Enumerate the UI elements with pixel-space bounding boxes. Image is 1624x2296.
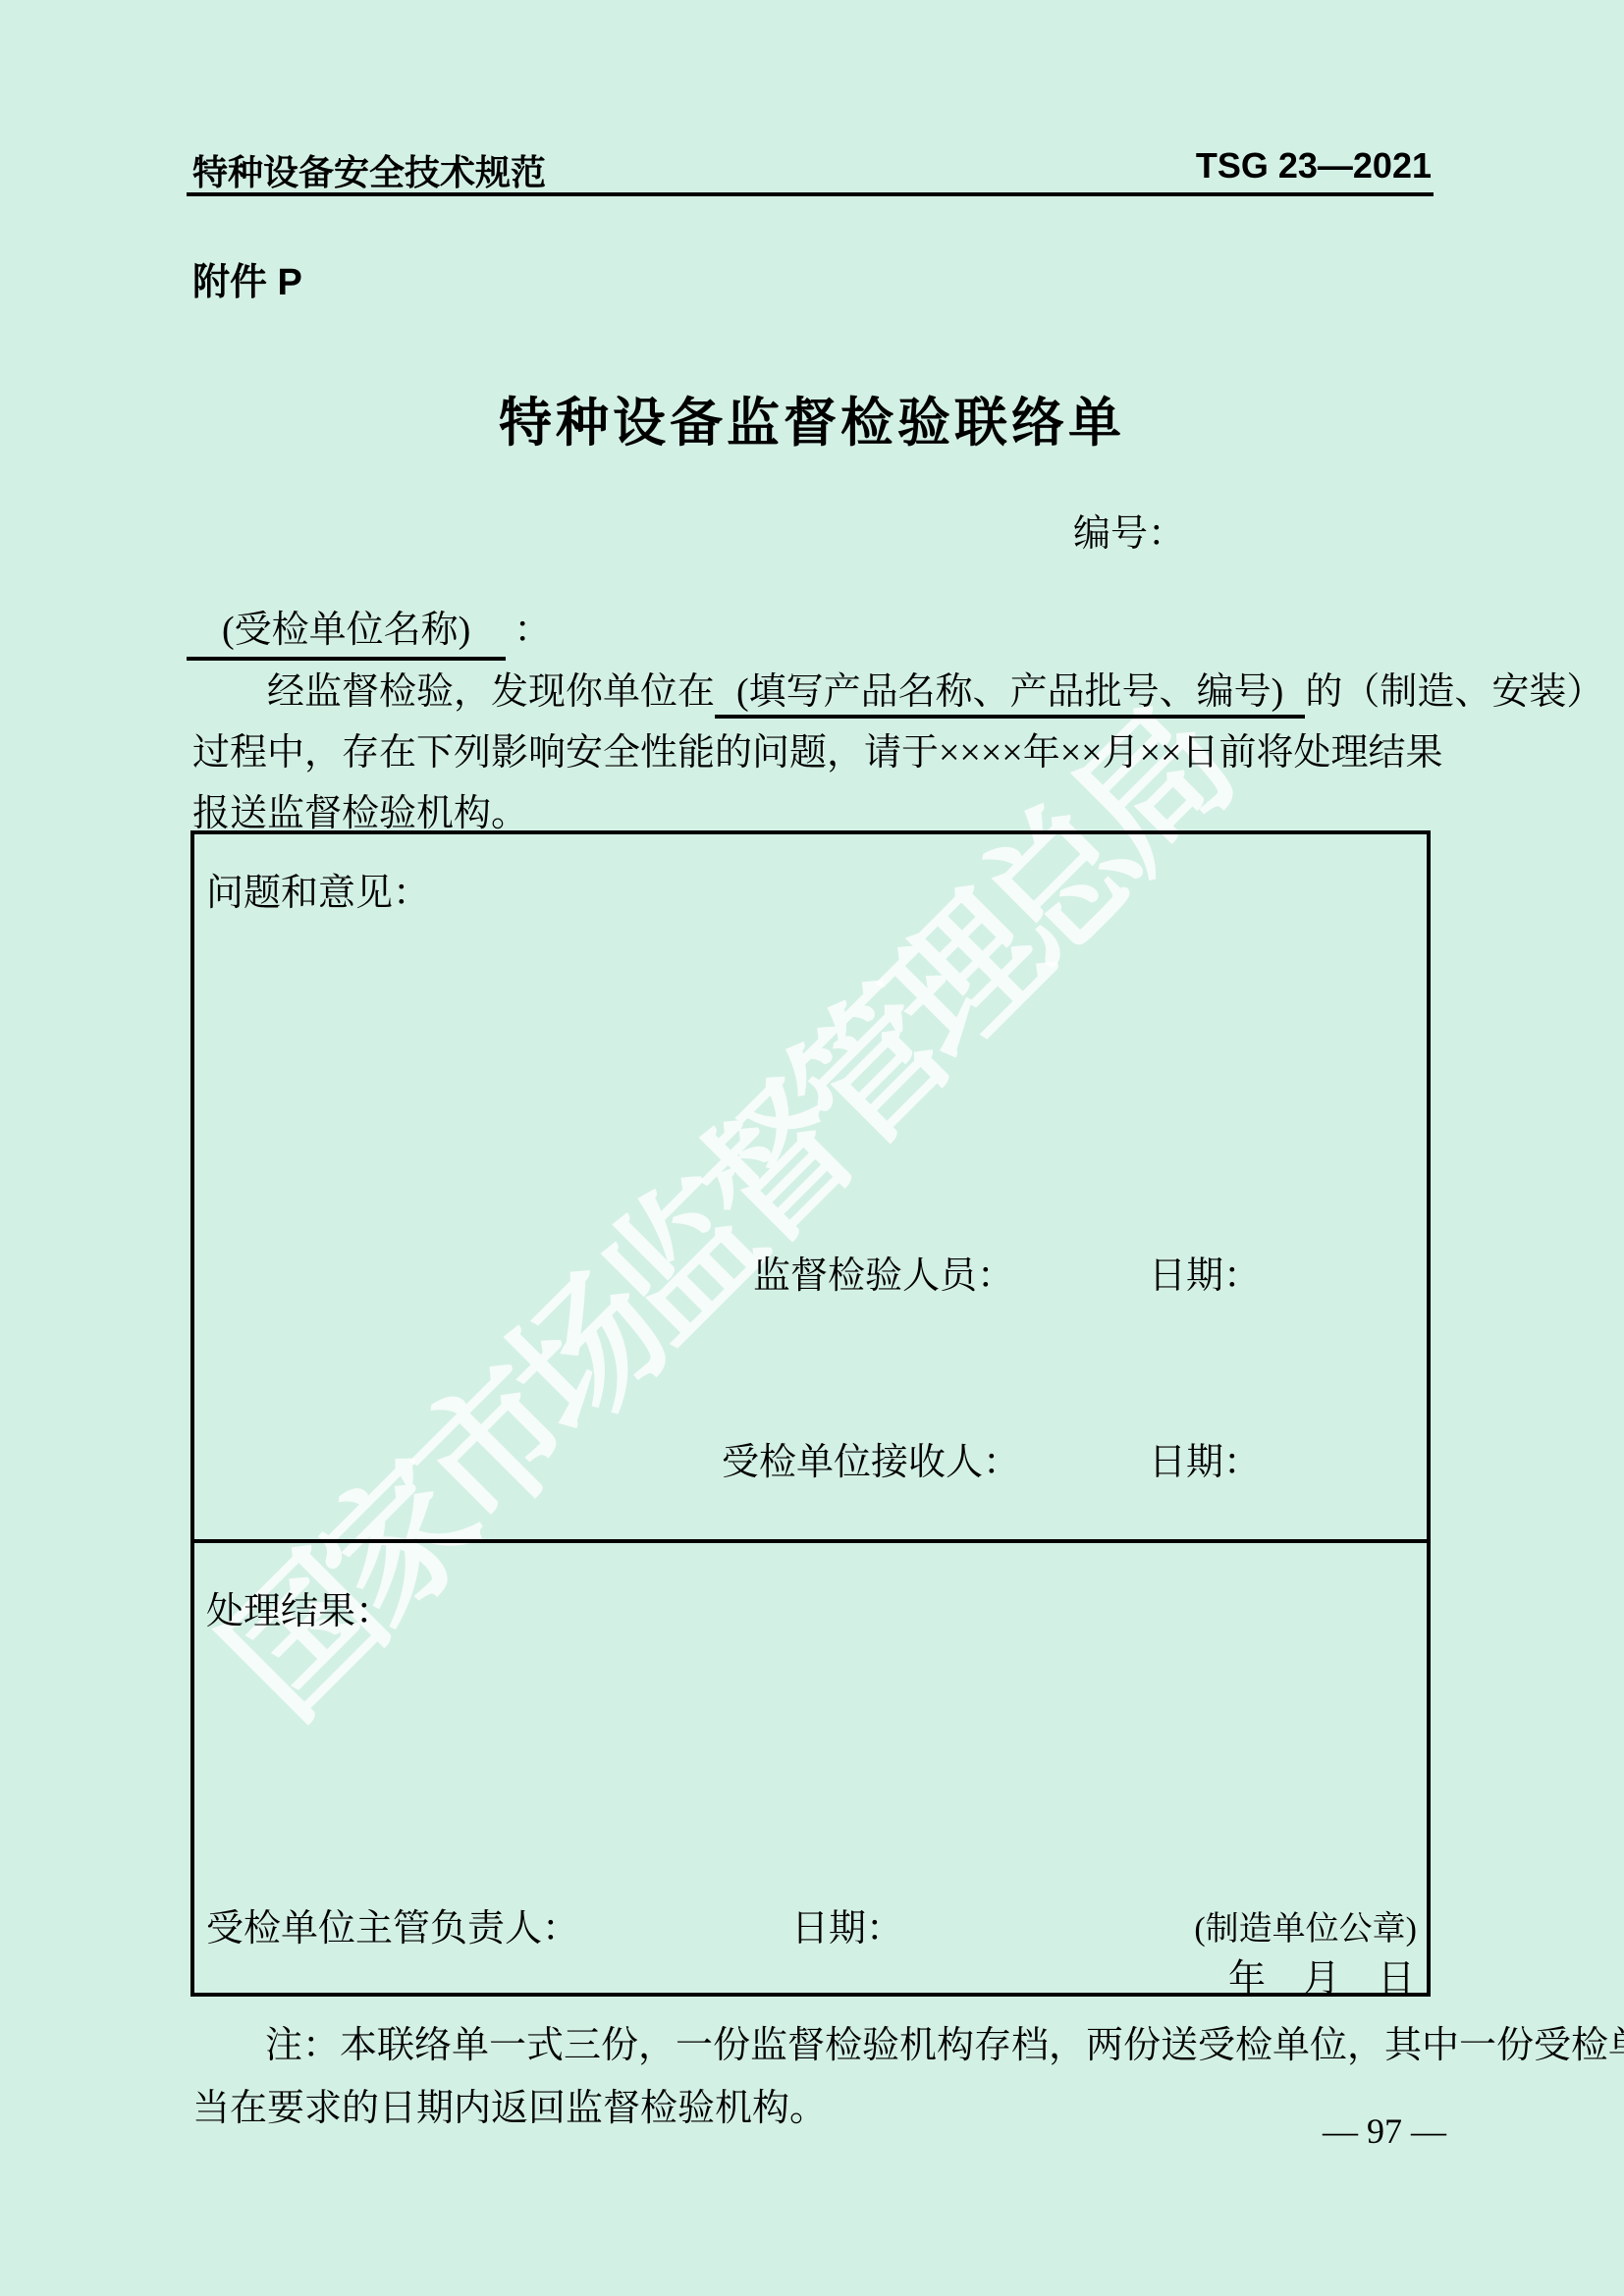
attachment-label: 附件 P [192,251,302,305]
year-month-day-line: 年 月 日 [1228,1948,1415,2002]
inspector-date-label: 日期： [1149,1245,1261,1299]
problems-opinions-label: 问题和意见： [206,862,430,916]
document-number-label: 编号： [1073,503,1185,557]
footnote-line-1: 注：本联络单一式三份，一份监督检验机构存档，两份送受检单位，其中一份受检单位应 [192,2014,1439,2077]
inspector-signature-label: 监督检验人员： [753,1245,1014,1299]
page-number: — 97 — [1306,2110,1463,2152]
inspected-unit-name-blank: (受检单位名称) [187,599,506,661]
receiver-signature-label: 受检单位接收人： [722,1431,1020,1485]
manager-date-label: 日期： [791,1897,903,1951]
receiver-date-label: 日期： [1149,1431,1261,1485]
footnote-text-1: 注：本联络单一式三份，一份监督检验机构存档，两份送受检单位，其中一份受检单位应 [265,2025,1624,2066]
footnote: 注：本联络单一式三份，一份监督检验机构存档，两份送受检单位，其中一份受检单位应 … [192,2014,1439,2140]
inspection-form-table: 问题和意见： 监督检验人员： 日期： 受检单位接收人： 日期： 处理结果： 受检… [190,830,1431,1997]
body-paragraph-line-1: 经监督检验，发现你单位在(填写产品名称、产品批号、编号)的（制造、安装） [192,662,1431,722]
manager-signature-label: 受检单位主管负责人： [206,1897,579,1951]
footnote-line-2: 当在要求的日期内返回监督检验机构。 [192,2077,1439,2140]
body-paragraph-line-2: 过程中，存在下列影响安全性能的问题，请于××××年××月××日前将处理结果 [192,722,1431,783]
form-section-divider [194,1539,1427,1543]
header-standard-code: TSG 23—2021 [1196,145,1432,187]
body-paragraph: 经监督检验，发现你单位在(填写产品名称、产品批号、编号)的（制造、安装） 过程中… [192,662,1431,844]
paragraph-text-before-blank: 经监督检验，发现你单位在 [267,671,715,713]
header-rule [187,192,1434,196]
header-document-title: 特种设备安全技术规范 [192,145,546,195]
manufacturer-seal-note: (制造单位公章) [1194,1901,1417,1949]
form-title: 特种设备监督检验联络单 [0,381,1624,456]
document-page: 特种设备安全技术规范 TSG 23—2021 附件 P 特种设备监督检验联络单 … [0,0,1624,2296]
product-info-blank: (填写产品名称、产品批号、编号) [715,671,1305,719]
inspected-unit-colon: ： [514,610,551,651]
inspected-unit-line: (受检单位名称)： [187,599,551,661]
handling-result-label: 处理结果： [206,1580,393,1634]
paragraph-text-after-blank: 的（制造、安装） [1305,671,1603,713]
